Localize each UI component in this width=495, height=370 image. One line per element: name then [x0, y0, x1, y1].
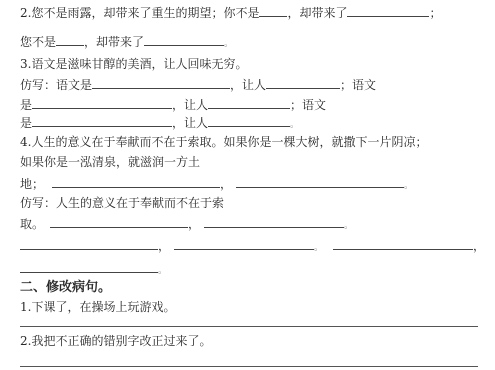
q3-prompt: 3.语文是滋味甘醇的美酒，让人回味无穷。	[20, 56, 247, 72]
text: ，	[188, 217, 200, 231]
q4-line-3: ，。，	[20, 237, 485, 253]
text: ，让人	[172, 116, 208, 130]
text: 您不是	[20, 35, 56, 49]
text: ，	[473, 239, 485, 253]
answer-blank[interactable]	[259, 4, 287, 17]
answer-blank[interactable]	[208, 114, 290, 127]
answer-blank[interactable]	[236, 175, 404, 188]
answer-blank[interactable]	[52, 175, 220, 188]
section-heading: 二、修改病句。	[20, 280, 111, 296]
q4-prompt-2: 如果你是一泓清泉，就滋润一方土	[20, 154, 200, 170]
answer-blank[interactable]	[50, 215, 188, 228]
q4-line-1: 地；，。	[20, 175, 413, 191]
text: 。	[314, 243, 323, 253]
text: ；语文	[340, 78, 376, 92]
answer-line[interactable]	[20, 326, 478, 327]
answer-blank[interactable]	[92, 76, 230, 89]
text: 是	[20, 98, 32, 112]
section2-item-1: 1.下课了，在操场上玩游戏。	[20, 299, 175, 315]
answer-blank[interactable]	[204, 215, 344, 228]
text: ，却带来了	[84, 35, 144, 49]
text: 。	[344, 221, 353, 231]
q4-line-4: 。	[20, 260, 167, 276]
q4-line-2: 取。，。	[20, 215, 353, 231]
q4-prompt-1: 4.人生的意义在于奉献而不在于索取。如果你是一棵大树，就撒下一片阴凉；	[20, 134, 427, 150]
answer-blank[interactable]	[174, 237, 314, 250]
text: ；语文	[290, 98, 326, 112]
answer-blank[interactable]	[266, 76, 340, 89]
text: 。	[290, 120, 299, 130]
text: ，	[220, 177, 232, 191]
answer-blank[interactable]	[20, 260, 158, 273]
text: 2.您不是雨露，却带来了重生的期望；你不是	[20, 6, 259, 20]
text: ，	[158, 239, 170, 253]
text: 是	[20, 116, 32, 130]
text: 。	[224, 39, 233, 49]
text: 。	[404, 181, 413, 191]
answer-blank[interactable]	[333, 237, 473, 250]
q3-line-2: 是，让人；语文	[20, 96, 326, 112]
answer-blank[interactable]	[144, 33, 224, 46]
answer-blank[interactable]	[32, 114, 172, 127]
text: 地；	[20, 177, 44, 191]
text: ；	[429, 6, 441, 20]
q3-line-3: 是，让人。	[20, 114, 299, 130]
q2-line-1: 2.您不是雨露，却带来了重生的期望；你不是，却带来了；	[20, 4, 441, 20]
text: 取。	[20, 217, 44, 231]
answer-blank[interactable]	[56, 33, 84, 46]
text: 。	[158, 266, 167, 276]
text: ，让人	[172, 98, 208, 112]
q3-line-1: 仿写：语文是，让人；语文	[20, 76, 376, 92]
text: ，让人	[230, 78, 266, 92]
answer-blank[interactable]	[208, 96, 290, 109]
q4-imitate: 仿写：人生的意义在于奉献而不在于索	[20, 195, 224, 211]
section2-item-2: 2.我把不正确的错别字改正过来了。	[20, 333, 211, 349]
text: 仿写：语文是	[20, 78, 92, 92]
answer-blank[interactable]	[32, 96, 172, 109]
answer-blank[interactable]	[347, 4, 429, 17]
answer-line[interactable]	[20, 366, 478, 367]
text: ，却带来了	[287, 6, 347, 20]
q2-line-2: 您不是，却带来了。	[20, 33, 233, 49]
answer-blank[interactable]	[20, 237, 158, 250]
